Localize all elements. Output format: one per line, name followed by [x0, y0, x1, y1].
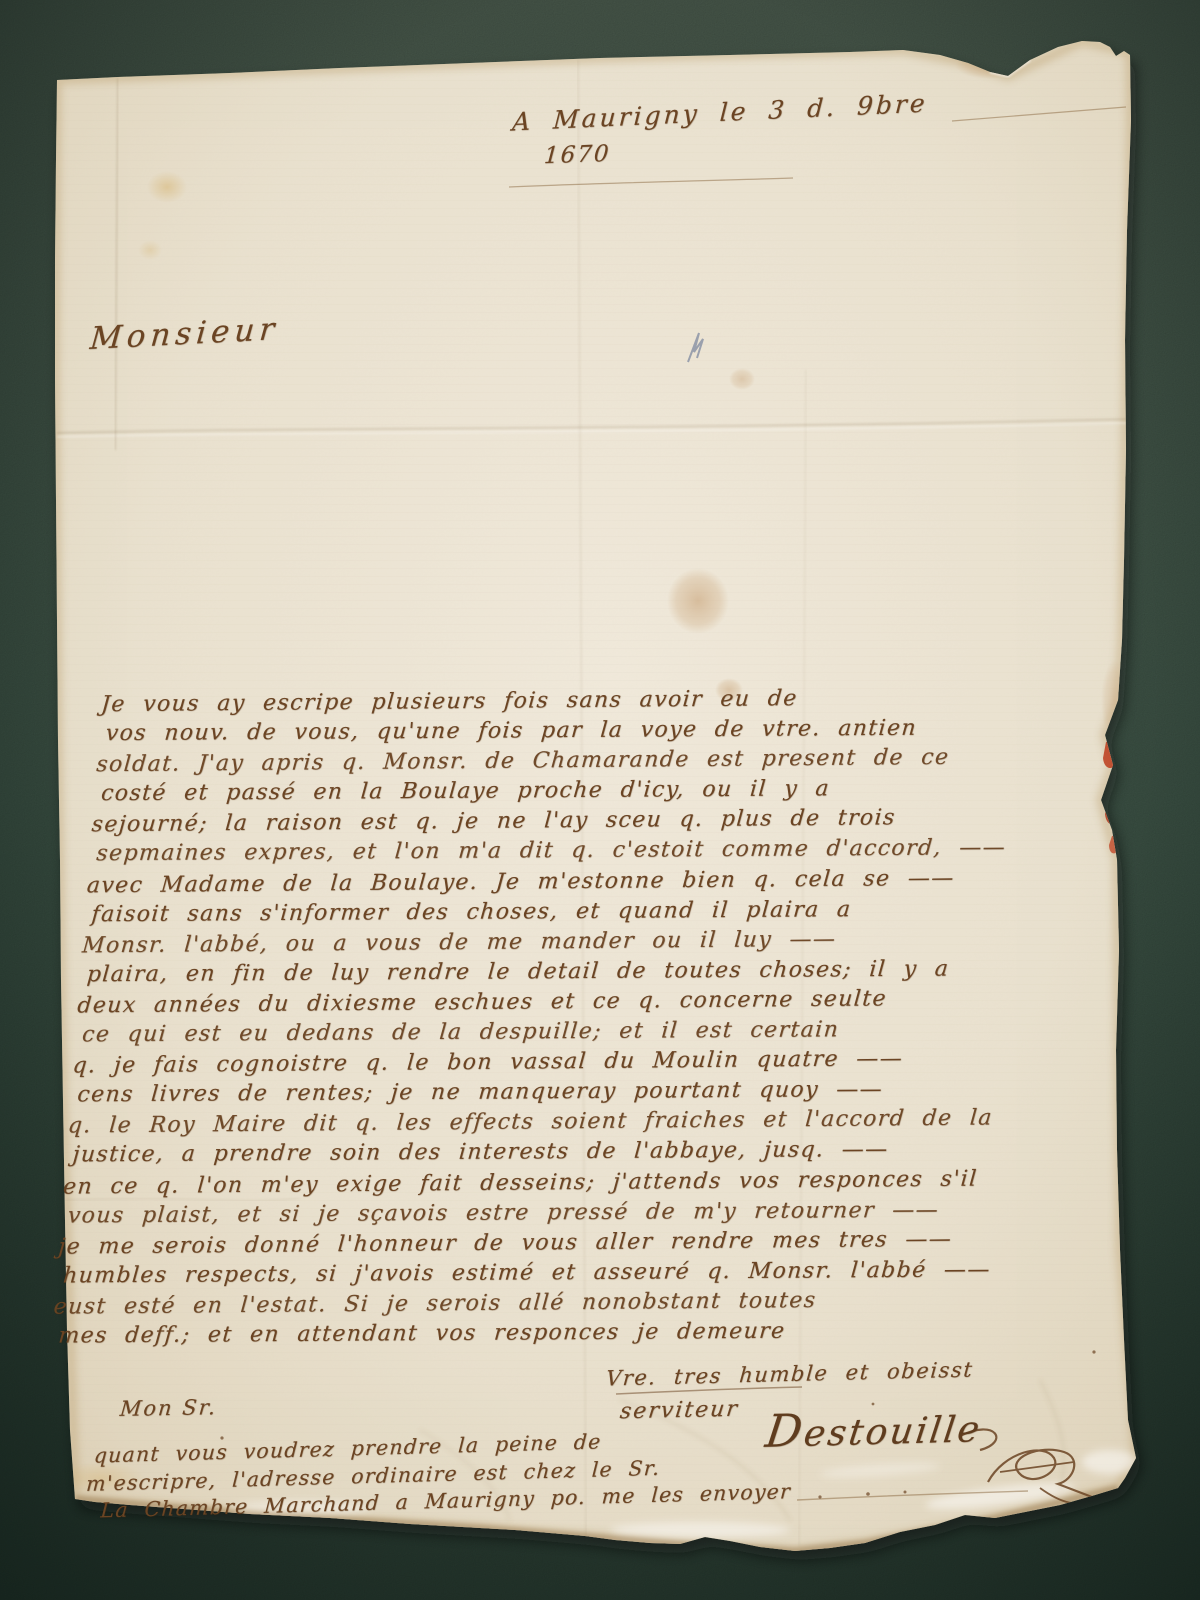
photo-scene: A Maurigny le 3 d. 9bre 1670 Monsieur Je…: [0, 0, 1200, 1600]
postscript: quant vous voudrez prendre la peine de m…: [90, 1424, 785, 1526]
salutation: Monsieur: [89, 311, 281, 357]
dateline: A Maurigny le 3 d. 9bre: [511, 89, 928, 137]
closing-line: Vre. tres humble et obeisst: [605, 1357, 974, 1390]
letter-body: Je vous ay escripe plusieurs fois sans a…: [50, 683, 1122, 1354]
margin-note: Mon Sr.: [119, 1395, 218, 1421]
body-line: mes deff.; et en attendant vos responces…: [57, 1317, 1079, 1354]
handwriting-layer: A Maurigny le 3 d. 9bre 1670 Monsieur Je…: [0, 0, 1200, 1600]
closing-line: serviteur: [619, 1397, 741, 1425]
dateline-year: 1670: [543, 141, 611, 169]
signature: Destouille: [763, 1399, 986, 1458]
body-line: vous plaist, et si je sçavois estre pres…: [66, 1196, 1088, 1233]
